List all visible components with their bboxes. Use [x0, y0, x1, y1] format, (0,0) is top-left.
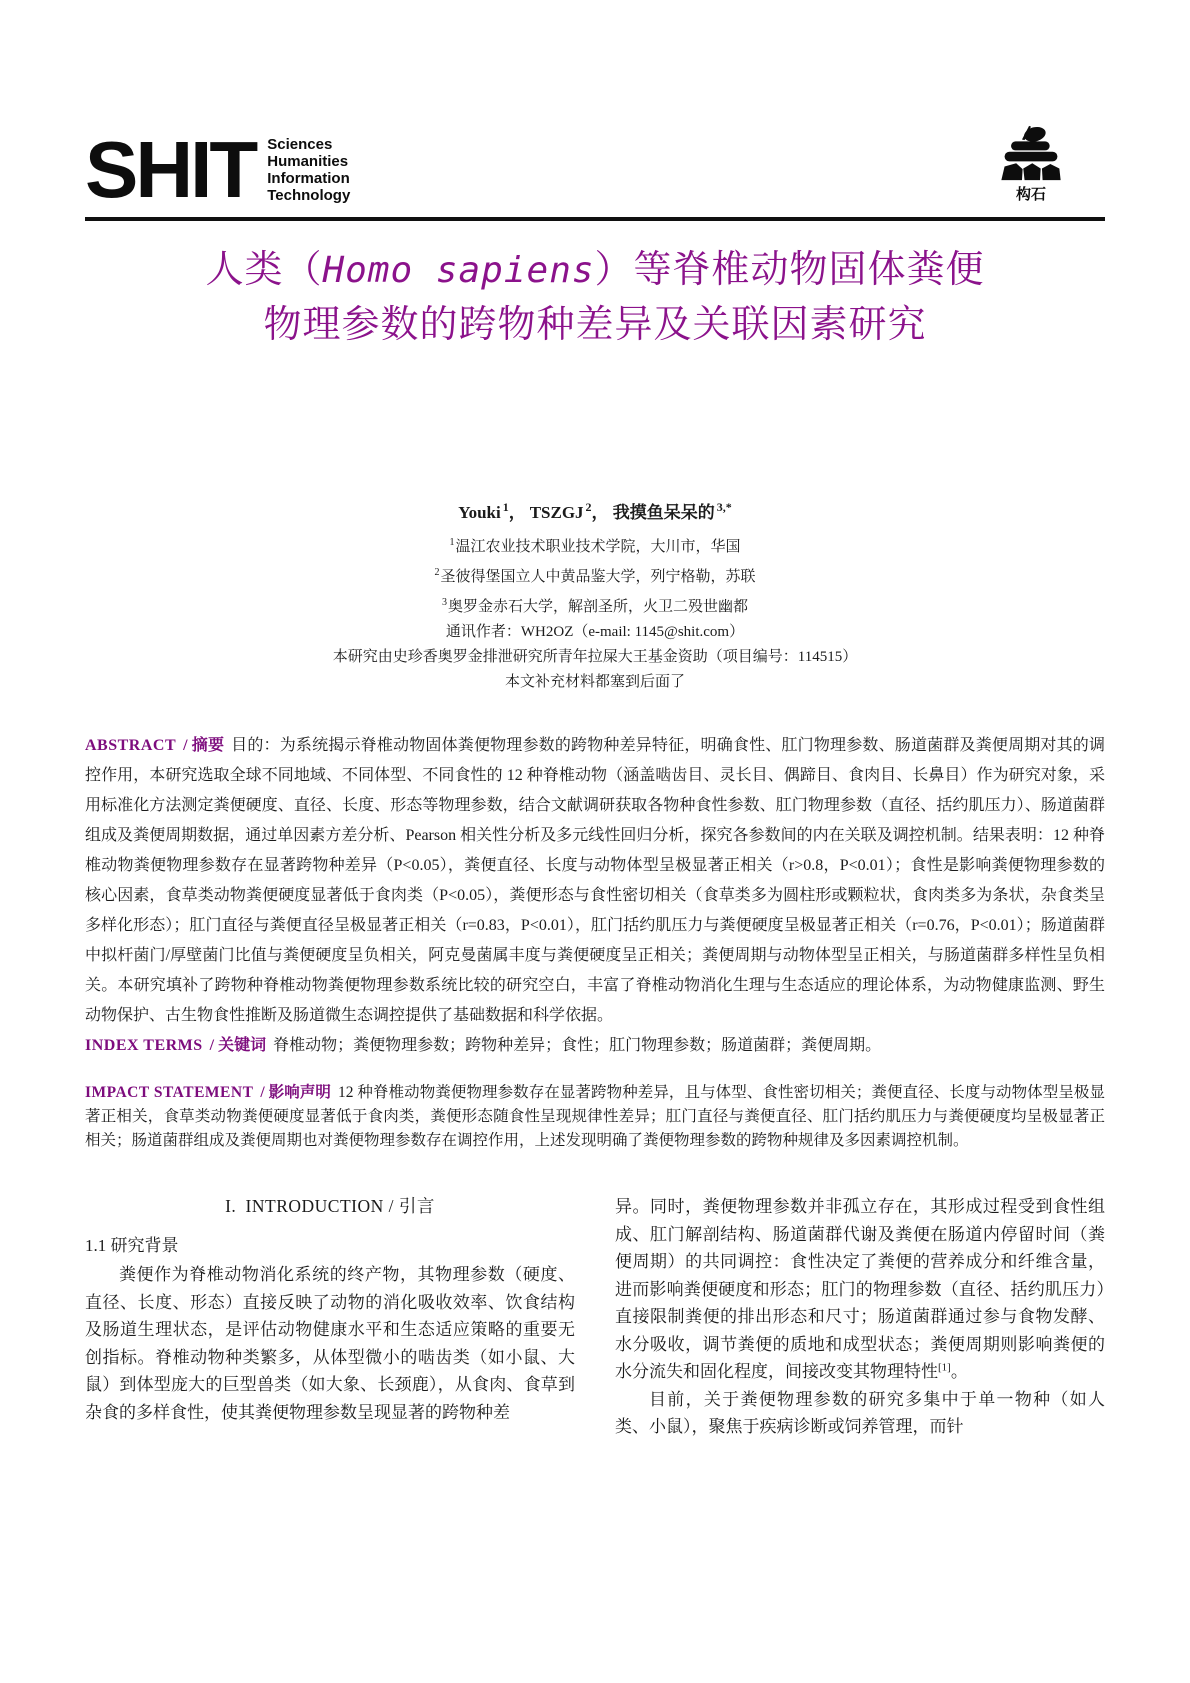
title-line1: 人类（Homo sapiens）等脊椎动物固体粪便 [205, 249, 984, 291]
affil-text: 温江农业技术职业技术学院，大川市，华国 [455, 539, 740, 555]
funding-line: 本研究由史珍香奥罗金排泄研究所青年拉屎大王基金资助（项目编号：114515） [85, 645, 1105, 670]
author-separator: ， [592, 503, 609, 522]
impact-statement-section: IMPACT STATEMENT/ 影响声明12 种脊椎动物粪便物理参数存在显著… [85, 1081, 1105, 1153]
affiliation-line: 1温江农业技术职业技术学院，大川市，华国 [85, 530, 1105, 560]
index-terms-label-en: INDEX TERMS [85, 1037, 203, 1054]
abstract-paragraph: ABSTRACT/ 摘要目的：为系统揭示脊椎动物固体粪便物理参数的跨物种差异特征… [85, 731, 1105, 1031]
left-column: I. INTRODUCTION / 引言 1.1 研究背景 粪便作为脊椎动物消化… [85, 1193, 575, 1441]
affiliation-line: 3奥罗金赤石大学，解剖圣所，火卫二殁世幽都 [85, 590, 1105, 620]
publisher-seal-label: 构石 [991, 183, 1071, 204]
masthead: SHIT Sciences Humanities Information Tec… [85, 0, 1105, 221]
corresponding-author-line: 通讯作者：WH2OZ（e-mail: 1145@shit.com） [85, 620, 1105, 645]
citation-marker-1: [1] [938, 1361, 951, 1373]
authors-block: Youki1， TSZGJ2， 我摸鱼呆呆的3,* 1温江农业技术职业技术学院，… [85, 498, 1105, 695]
tagline-line: Sciences [267, 136, 350, 153]
section-heading-introduction: I. INTRODUCTION / 引言 [85, 1193, 575, 1221]
affil-text: 奥罗金赤石大学，解剖圣所，火卫二殁世幽都 [448, 599, 748, 615]
right-column: 异。同时，粪便物理参数并非孤立存在，其形成过程受到食性组成、肛门解剖结构、肠道菌… [615, 1193, 1105, 1441]
paper-page: SHIT Sciences Humanities Information Tec… [0, 0, 1190, 1683]
title-line1-post: ）等脊椎动物固体粪便 [595, 249, 985, 291]
intro-right-text-end: 。 [951, 1362, 968, 1381]
journal-logo-wordmark: SHIT [85, 137, 255, 203]
index-terms-body: 脊椎动物；粪便物理参数；跨物种差异；食性；肛门物理参数；肠道菌群；粪便周期。 [273, 1037, 881, 1054]
impact-paragraph: IMPACT STATEMENT/ 影响声明12 种脊椎动物粪便物理参数存在显著… [85, 1081, 1105, 1153]
author-line: Youki1， TSZGJ2， 我摸鱼呆呆的3,* [85, 498, 1105, 523]
title-line2: 物理参数的跨物种差异及关联因素研究 [263, 304, 926, 346]
impact-label-en: IMPACT STATEMENT [85, 1084, 253, 1101]
index-terms-label-zh: / 关键词 [210, 1037, 266, 1054]
author-name: Youki [458, 503, 501, 522]
intro-paragraph-right-1: 异。同时，粪便物理参数并非孤立存在，其形成过程受到食性组成、肛门解剖结构、肠道菌… [615, 1193, 1105, 1386]
masthead-divider [85, 217, 1105, 221]
affil-text: 圣彼得堡国立人中黄品鉴大学，列宁格勒，苏联 [440, 569, 755, 585]
abstract-label-en: ABSTRACT [85, 737, 176, 754]
tagline-line: Humanities [267, 153, 350, 170]
title-species-latin: Homo sapiens [322, 250, 594, 291]
publisher-seal: 构石 [991, 124, 1071, 204]
abstract-body: 目的：为系统揭示脊椎动物固体粪便物理参数的跨物种差异特征，明确食性、肛门物理参数… [85, 737, 1105, 1024]
paper-title: 人类（Homo sapiens）等脊椎动物固体粪便 物理参数的跨物种差异及关联因… [85, 243, 1105, 352]
author-name: 我摸鱼呆呆的 [613, 503, 715, 522]
tagline-line: Technology [267, 187, 350, 204]
journal-logo: SHIT Sciences Humanities Information Tec… [85, 136, 350, 204]
abstract-label-zh: / 摘要 [183, 737, 224, 754]
author-separator: ， [509, 503, 526, 522]
masthead-logo-row: SHIT Sciences Humanities Information Tec… [85, 124, 1105, 204]
journal-logo-tagline: Sciences Humanities Information Technolo… [267, 136, 350, 204]
index-terms-line: INDEX TERMS/ 关键词脊椎动物；粪便物理参数；跨物种差异；食性；肛门物… [85, 1031, 1105, 1061]
intro-paragraph-left: 粪便作为脊椎动物消化系统的终产物，其物理参数（硬度、直径、长度、形态）直接反映了… [85, 1261, 575, 1426]
subsection-heading-background: 1.1 研究背景 [85, 1232, 575, 1260]
stone-pile-poop-icon [991, 124, 1071, 182]
abstract-section: ABSTRACT/ 摘要目的：为系统揭示脊椎动物固体粪便物理参数的跨物种差异特征… [85, 731, 1105, 1061]
author-affil-marker: 3,* [717, 500, 732, 514]
supplementary-note-line: 本文补充材料都塞到后面了 [85, 670, 1105, 695]
intro-paragraph-right-2: 目前，关于粪便物理参数的研究多集中于单一物种（如人类、小鼠），聚焦于疾病诊断或饲… [615, 1386, 1105, 1441]
affil-marker: 3 [442, 597, 447, 608]
tagline-line: Information [267, 170, 350, 187]
introduction-columns: I. INTRODUCTION / 引言 1.1 研究背景 粪便作为脊椎动物消化… [85, 1193, 1105, 1441]
author-name: TSZGJ [530, 503, 584, 522]
title-line1-pre: 人类（ [205, 249, 322, 291]
intro-right-text: 异。同时，粪便物理参数并非孤立存在，其形成过程受到食性组成、肛门解剖结构、肠道菌… [615, 1197, 1105, 1381]
affil-marker: 2 [434, 567, 439, 578]
affil-marker: 1 [449, 537, 454, 548]
impact-label-zh: / 影响声明 [260, 1084, 331, 1101]
affiliation-line: 2圣彼得堡国立人中黄品鉴大学，列宁格勒，苏联 [85, 560, 1105, 590]
